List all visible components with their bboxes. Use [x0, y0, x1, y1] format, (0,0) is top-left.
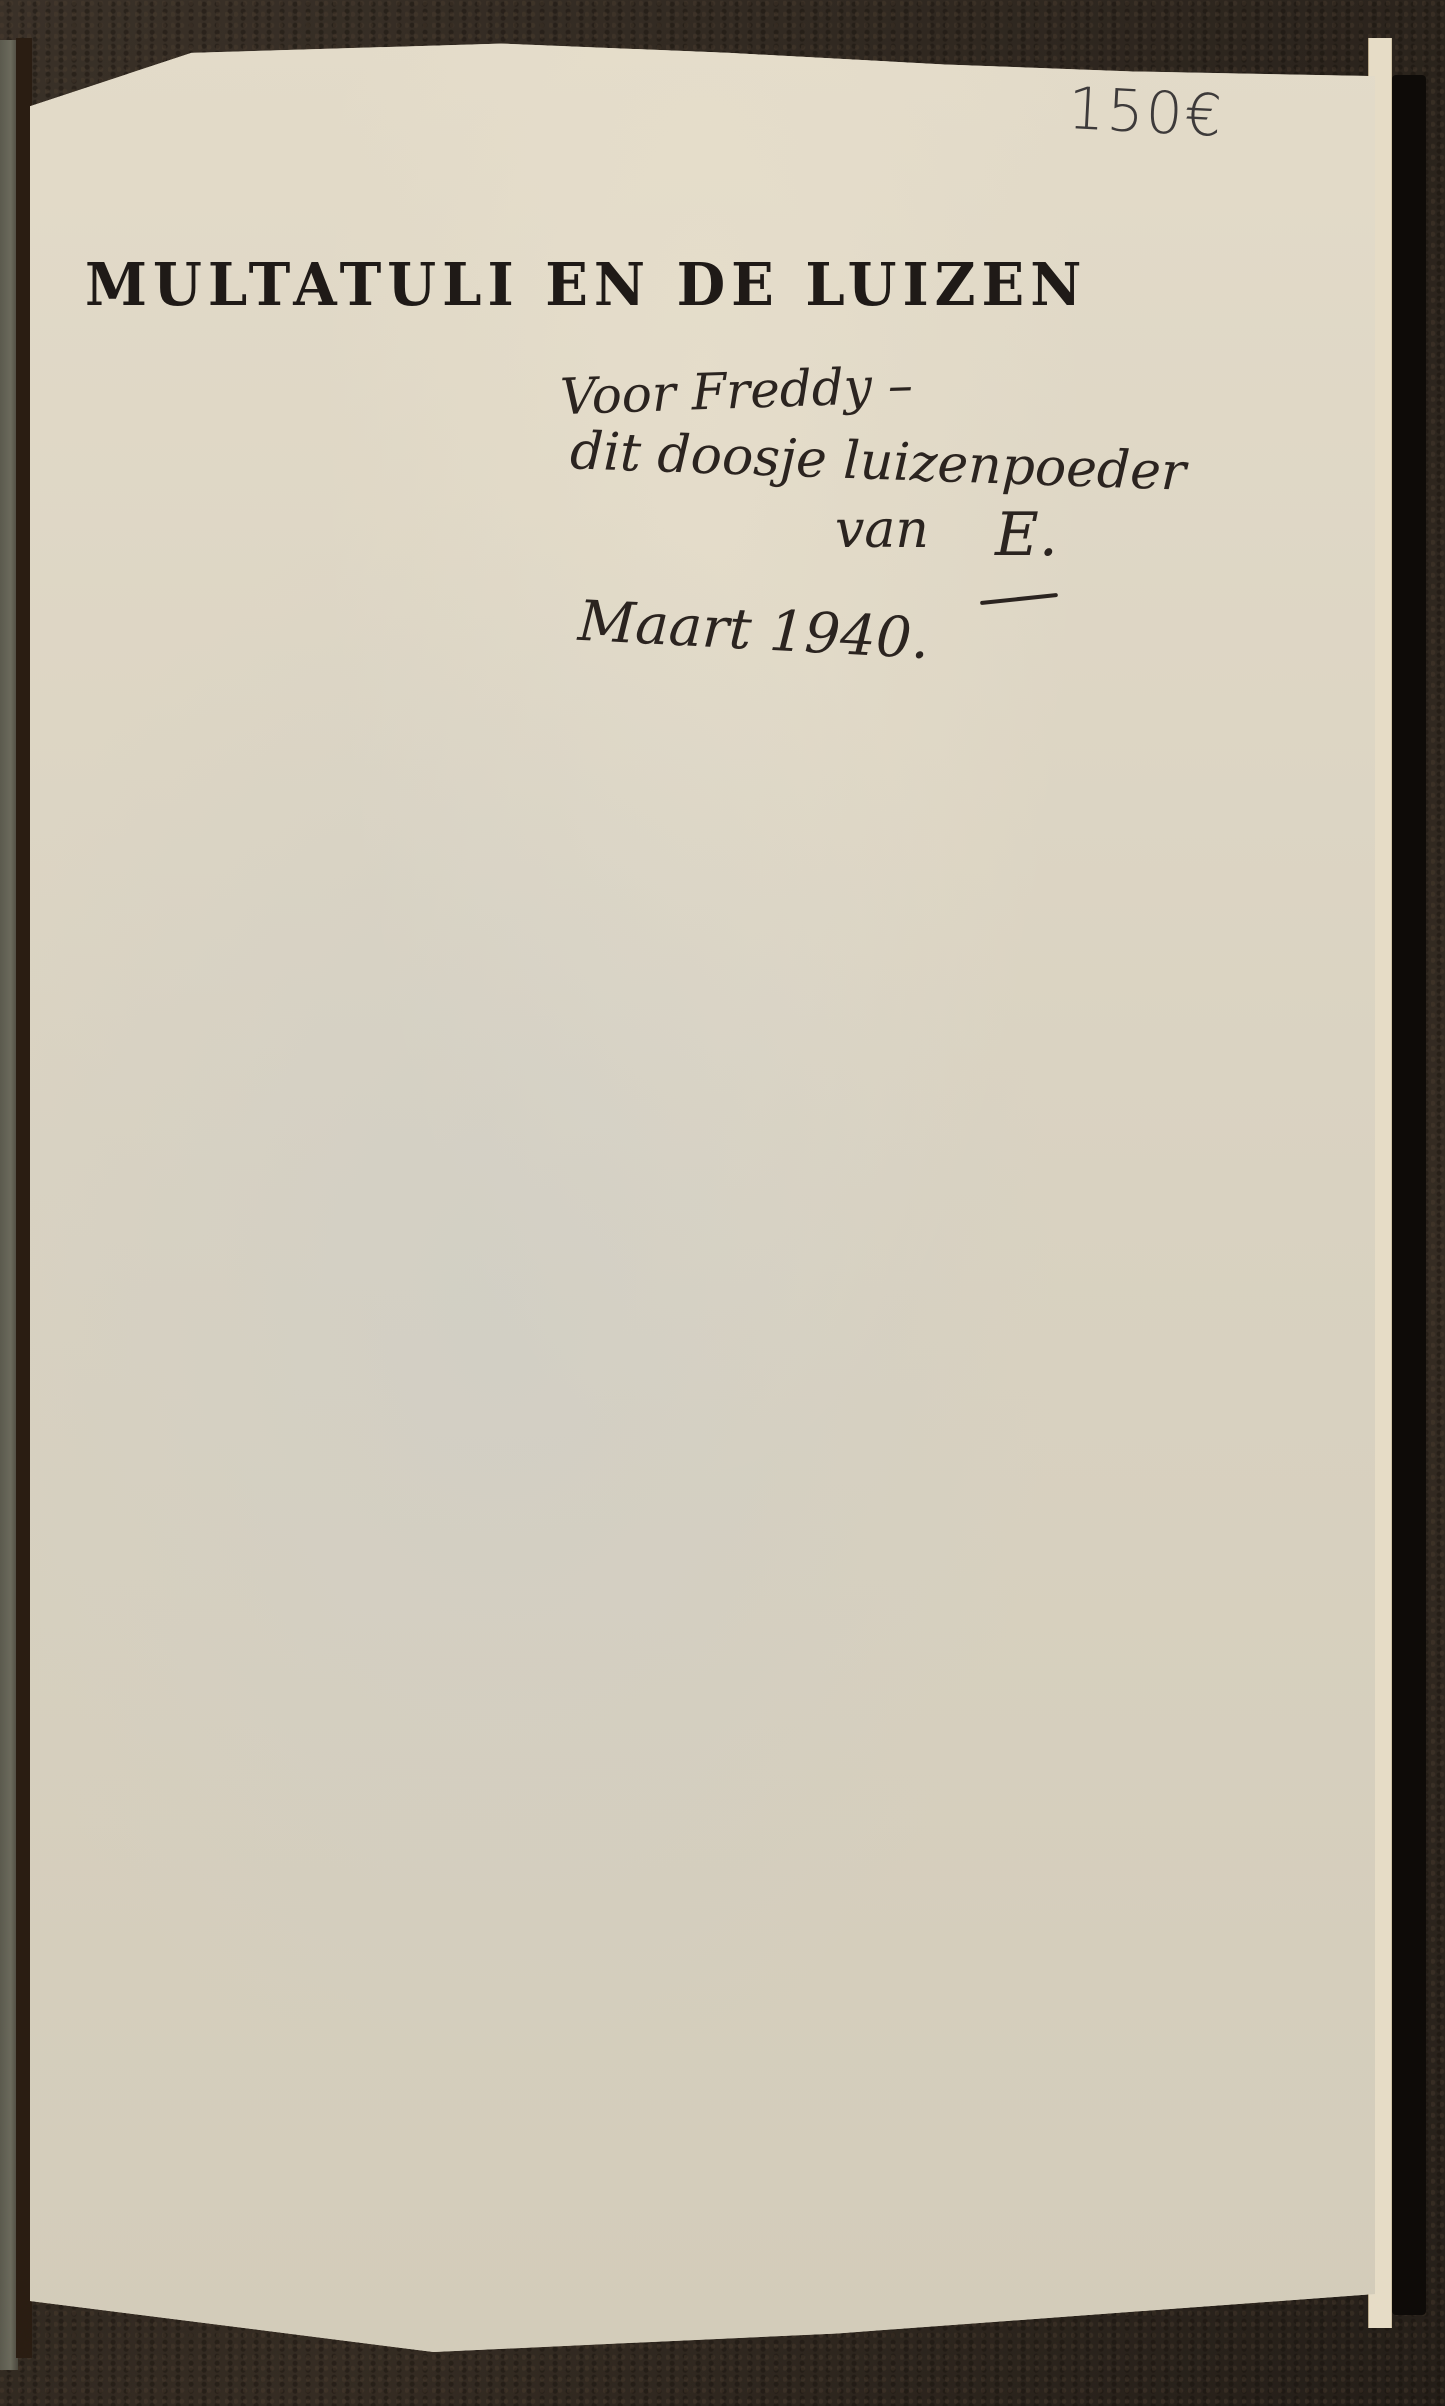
book-shadow — [1392, 75, 1426, 2315]
inscription-signature: E. — [995, 500, 1058, 570]
book-cover-edge — [16, 38, 32, 2358]
price-note: 150€ — [1066, 74, 1225, 150]
inscription-line-1: Voor Freddy – — [559, 356, 914, 426]
book-title: MULTATULI EN DE LUIZEN — [85, 250, 1087, 319]
inscription-line-3: van — [835, 500, 929, 560]
